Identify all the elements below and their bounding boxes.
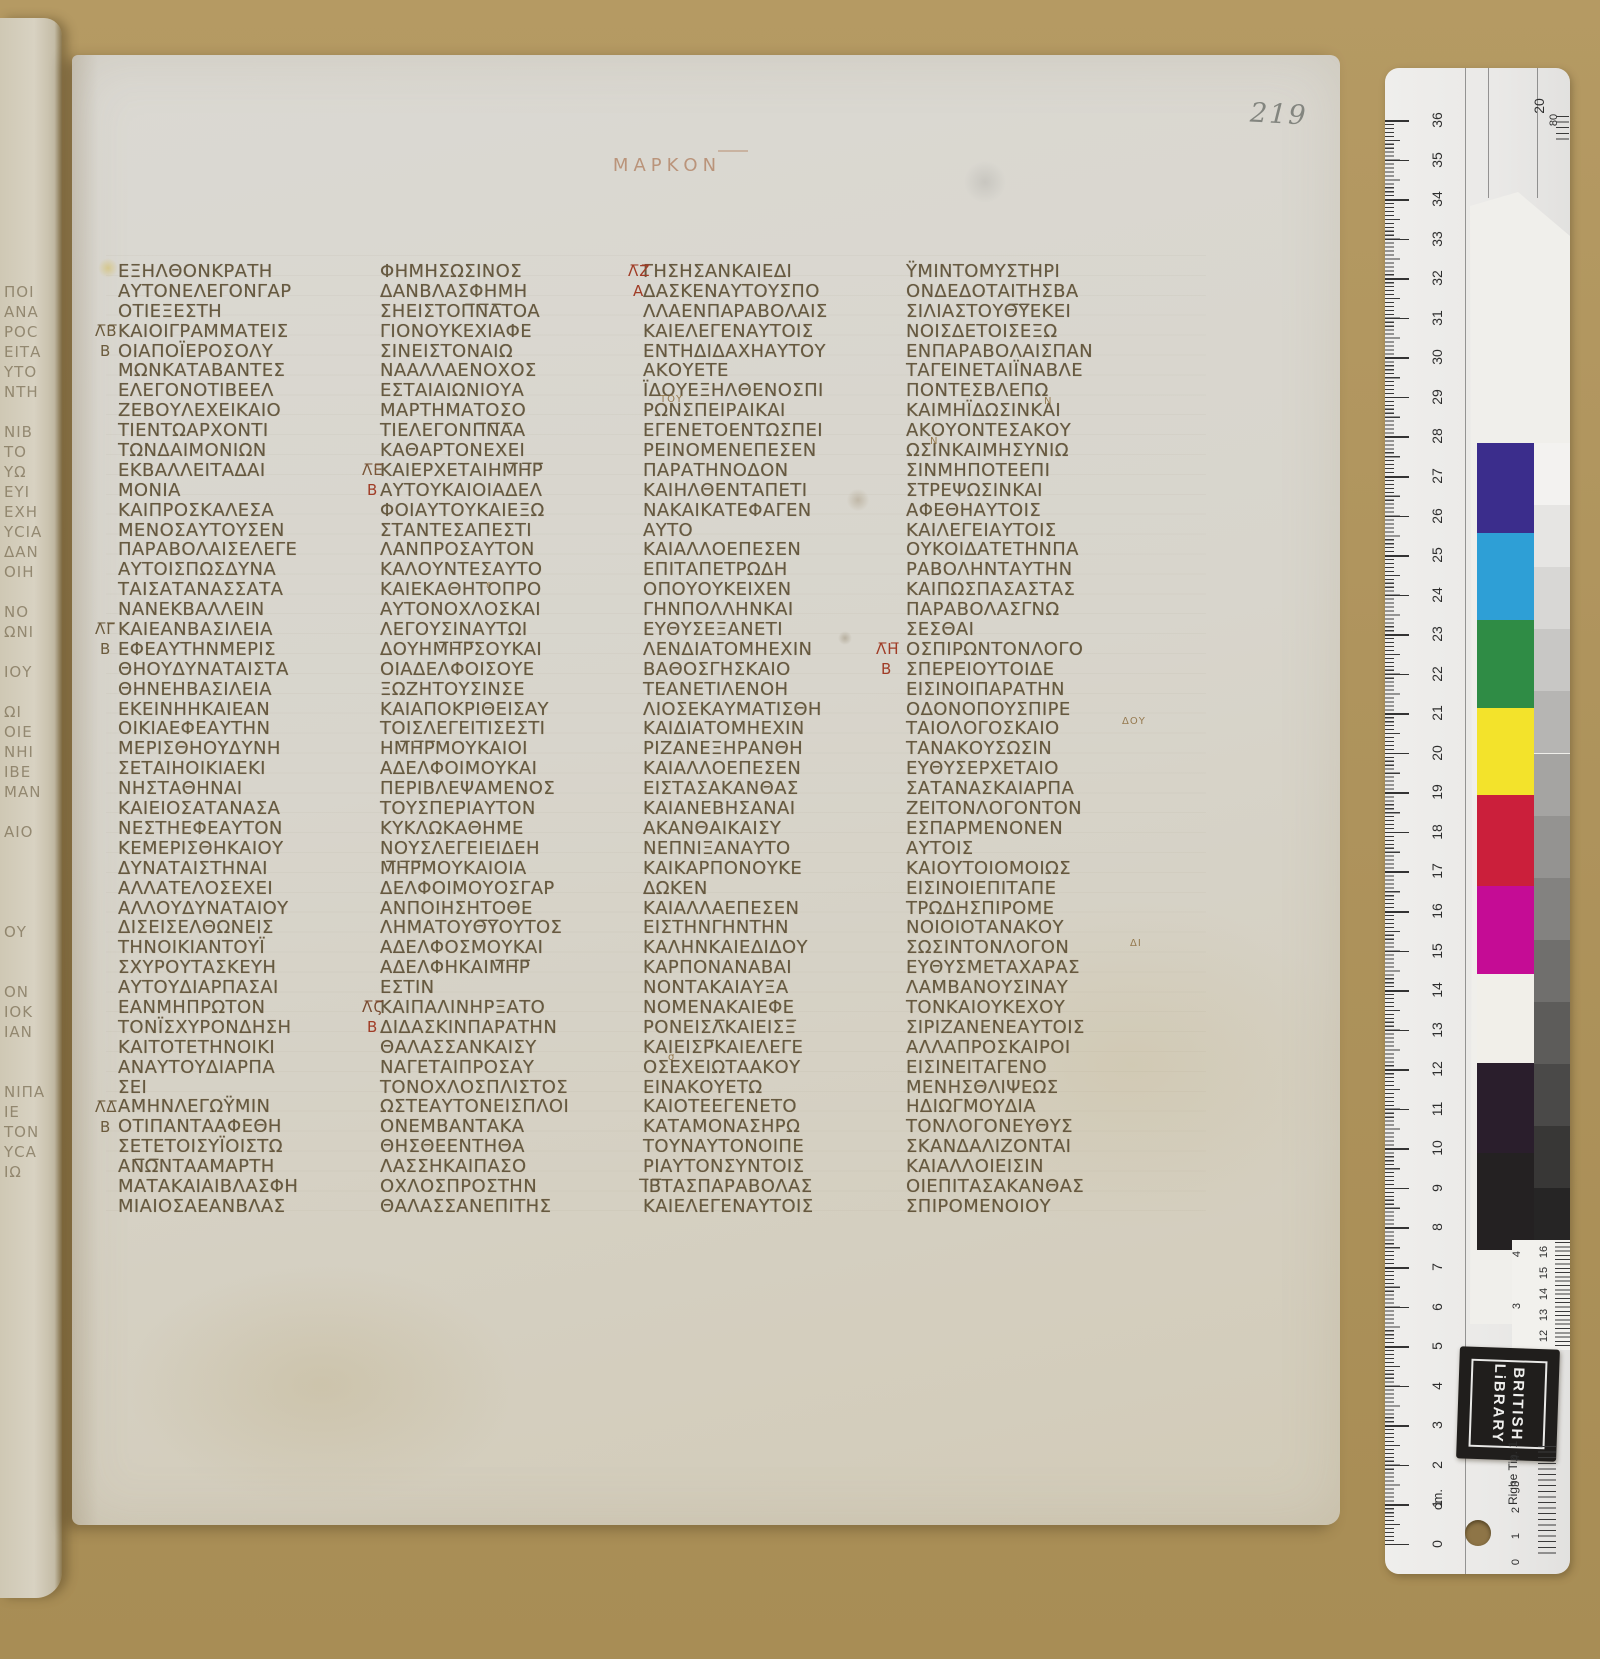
text-line: ΚΑΙΑΛΛΟΕΠΕΣΕΝ bbox=[643, 759, 905, 779]
edge-text-fragment: ΥϹΙΑ bbox=[4, 523, 42, 541]
text-line: ΘΗΝΕΗΒΑΣΙΛΕΙΑ bbox=[118, 680, 380, 700]
cm-number: 4 bbox=[1429, 1374, 1445, 1398]
text-line: ΟΝΕΜΒΑΝΤΑΚΑ bbox=[380, 1117, 642, 1137]
text-line: ΕΙΝΑΚΟΥΕΤΩ bbox=[643, 1078, 905, 1098]
color-patch bbox=[1477, 620, 1534, 708]
cm-number: 33 bbox=[1429, 227, 1445, 251]
cm-tick bbox=[1385, 1504, 1409, 1506]
text-line: ΡΙΑΥΤΟΝΣΥΝΤΟΙΣ bbox=[643, 1157, 905, 1177]
cm-number: 13 bbox=[1429, 1018, 1445, 1042]
text-line: ΚΑΙΑΝΕΒΗΣΑΝΑΙ bbox=[643, 799, 905, 819]
cm-number: 14 bbox=[1429, 978, 1445, 1002]
text-line: ΛΕΝΔΙΑΤΟΜΗΕΧΙΝ bbox=[643, 640, 905, 660]
cm-tick bbox=[1385, 1544, 1409, 1546]
cm-number: 5 bbox=[1429, 1334, 1445, 1358]
text-line: ΚΑΙΜΗΪΔΩΣΙΝΚΑΙ bbox=[906, 401, 1168, 421]
cm-tick bbox=[1385, 1069, 1409, 1071]
text-line: ΣΙΝΜΗΠΟΤΕΕΠΙ bbox=[906, 461, 1168, 481]
text-line: ΣΑΤΑΝΑΣΚΑΙΑΡΠΑ bbox=[906, 779, 1168, 799]
text-line: ΑΝΑΥΤΟΥΔΙΑΡΠΑ bbox=[118, 1058, 380, 1078]
text-line: ΘΑΛΑΣΣΑΝΚΑΙΣΥ bbox=[380, 1038, 642, 1058]
text-line: ΘΑΛΑΣΣΑΝΕΠΙΤΗΣ bbox=[380, 1197, 642, 1217]
edge-text-fragment: ΥϹΑ bbox=[4, 1143, 37, 1161]
text-line: ΠΑΡΑΒΟΛΑΙΣΕΛΕΓΕ bbox=[118, 540, 380, 560]
cm-tick bbox=[1385, 1148, 1409, 1150]
edge-text-fragment: ΟΙΗ bbox=[4, 563, 35, 581]
text-line: ΝΟΙΟΙΟΤΑΝΑΚΟΥ bbox=[906, 918, 1168, 938]
text-line: ΑΛΛΟΥΔΥΝΑΤΑΙΟΥ bbox=[118, 899, 380, 919]
text-line: ΛΛΑΕΝΠΑΡΑΒΟΛΑΙΣ bbox=[643, 302, 905, 322]
text-line: ΝΑΚΑΙΚΑΤΕΦΑΓΕΝ bbox=[643, 501, 905, 521]
top-scale-20: 20 bbox=[1531, 98, 1547, 114]
text-line: ΚΑΙΑΛΛΑΕΠΕΣΕΝ bbox=[643, 899, 905, 919]
text-line: ΑΚΟΥΕΤΕ bbox=[643, 361, 905, 381]
text-line: ΓΗΝΠΟΛΛΗΝΚΑΙ bbox=[643, 600, 905, 620]
text-line: ΑΝ̅Ω̅ΝΤΑΑΜΑΡΤΗ bbox=[118, 1157, 380, 1177]
segment-number: 12 bbox=[1538, 1330, 1550, 1342]
margin-note: Λ̅Ϛ̅Β bbox=[362, 998, 402, 1038]
text-line: ΝΗΣΤΑΘΗΝΑΙ bbox=[118, 779, 380, 799]
text-line: ΤΙΕΝΤΩΑΡΧΟΝΤΙ bbox=[118, 421, 380, 441]
text-line: ΤΗΝΟΙΚΙΑΝΤΟΥΪ bbox=[118, 938, 380, 958]
text-line: ΜΕΡΙΣΘΗΟΥΔΥΝΗ bbox=[118, 739, 380, 759]
edge-text-fragment: ΜΑΝ bbox=[4, 783, 41, 801]
text-line: ΩΣΤΕΑΥΤΟΝΕΙΣΠΛΟΙ bbox=[380, 1097, 642, 1117]
cm-tick bbox=[1385, 397, 1409, 399]
correction-mark: Ν bbox=[1044, 396, 1052, 407]
text-line: ΣΩΣΙΝΤΟΝΛΟΓΟΝ bbox=[906, 938, 1168, 958]
text-line: ΞΩΖΗΤΟΥΣΙΝΣΕ bbox=[380, 680, 642, 700]
text-line: ΣΠΙΡΟΜΕΝΟΙΟΥ bbox=[906, 1197, 1168, 1217]
text-line: ΡΙΖΑΝΕΞΗΡΑΝΘΗ bbox=[643, 739, 905, 759]
text-line: ΣΗΕΙΣΤΟΠ̅Ν̅Α̅ΤΟΑ bbox=[380, 302, 642, 322]
text-line: ΚΑΙΚΑΡΠΟΝΟΥΚΕ bbox=[643, 859, 905, 879]
cm-tick bbox=[1385, 674, 1409, 676]
cm-number: 32 bbox=[1429, 266, 1445, 290]
text-line: ΣΙΛΙΑΣΤΟΥΘ̅Υ̅ΕΚΕΙ bbox=[906, 302, 1168, 322]
text-line: ΕΙΣΙΝΟΙΕΠΙΤΑΠΕ bbox=[906, 879, 1168, 899]
text-line: ΣΙΝΕΙΣΤΟΝΑΙΩ bbox=[380, 342, 642, 362]
text-line: ΚΑΙΟΥΤΟΙΟΜΟΙΩΣ bbox=[906, 859, 1168, 879]
gray-step bbox=[1534, 940, 1570, 1002]
cm-number: 10 bbox=[1429, 1136, 1445, 1160]
text-line: ΟΤΙΕΞΕΣΤΗ bbox=[118, 302, 380, 322]
color-patch bbox=[1477, 974, 1534, 1063]
text-line: ΟΤΙΠΑΝΤΑΑΦΕΘΗ bbox=[118, 1117, 380, 1137]
gray-step bbox=[1534, 1002, 1570, 1064]
text-line: ΛΗΜΑΤΟΥΘ̅Υ̅ΟΥΤΟΣ bbox=[380, 918, 642, 938]
cm-tick bbox=[1385, 1227, 1409, 1229]
gray-step bbox=[1534, 1064, 1570, 1126]
text-line: ΚΑΤΑΜΟΝΑΣΗΡΩ bbox=[643, 1117, 905, 1137]
cm-number: 36 bbox=[1429, 108, 1445, 132]
cm-number: 7 bbox=[1429, 1255, 1445, 1279]
section-number: Λ̅Ε̅ bbox=[362, 461, 402, 481]
text-line: ΚΑΙΕΙΣΡ̅ΚΑΙΕΛΕΓΕ bbox=[643, 1038, 905, 1058]
margin-note: Λ̅Β̅Β bbox=[95, 322, 135, 362]
text-line: ΟΥΚΟΙΔΑΤΕΤΗΝΠΑ bbox=[906, 540, 1168, 560]
margin-note: Λ̅Ε̅Β bbox=[362, 461, 402, 501]
cm-number: 25 bbox=[1429, 543, 1445, 567]
edge-text-fragment: ΟΥ bbox=[4, 923, 27, 941]
cm-tick bbox=[1385, 278, 1409, 280]
cm-number: 11 bbox=[1429, 1097, 1445, 1121]
text-line: ΑΔΕΛΦΟΣΜΟΥΚΑΙ bbox=[380, 938, 642, 958]
text-line: ΛΑΝΠΡΟΣΑΥΤΟΝ bbox=[380, 540, 642, 560]
cm-tick bbox=[1385, 1109, 1409, 1111]
gray-step bbox=[1534, 816, 1570, 878]
text-line: ΔΙΔΑΣΚΙΝΠΑΡΑΤΗΝ bbox=[380, 1018, 642, 1038]
text-line: ΕΥΘΥΣΕΞΑΝΕΤΙ bbox=[643, 620, 905, 640]
color-patch bbox=[1477, 795, 1534, 886]
text-line: ΝΑΓΕΤΑΙΠΡΟΣΑΥ bbox=[380, 1058, 642, 1078]
cm-number: 35 bbox=[1429, 148, 1445, 172]
folio-number: 219 bbox=[1249, 98, 1308, 132]
cm-tick bbox=[1385, 951, 1409, 953]
text-line: ΝΟΙΣΔΕΤΟΙΣΕΞΩ bbox=[906, 322, 1168, 342]
text-line: ΑΥΤΟΥΚΑΙΟΙΑΔΕΛ bbox=[380, 481, 642, 501]
ruler-hole bbox=[1465, 1520, 1491, 1546]
text-line: ΟΙΑΔΕΛΦΟΙΣΟΥΕ bbox=[380, 660, 642, 680]
cm-tick bbox=[1385, 990, 1409, 992]
text-line: ΕΚΒΑΛΛΕΙΤΑΔΑΙ bbox=[118, 461, 380, 481]
segment-side-number: 3 bbox=[1511, 1303, 1523, 1309]
text-line: ΕΞΗΛΘΟΝΚΡΑΤΗ bbox=[118, 262, 380, 282]
text-line: ΑΛΛΑΤΕΛΟΣΕΧΕΙ bbox=[118, 879, 380, 899]
correction-mark: ΔΟΥ bbox=[1122, 716, 1146, 727]
righe-number: 1 bbox=[1510, 1533, 1522, 1539]
cm-number: 8 bbox=[1429, 1215, 1445, 1239]
text-line: ΚΑΡΠΟΝΑΝΑΒΑΙ bbox=[643, 958, 905, 978]
segment-number: 16 bbox=[1538, 1246, 1550, 1258]
text-line: ΝΟΝΤΑΚΑΙΑΥΞΑ bbox=[643, 978, 905, 998]
cm-number: 21 bbox=[1429, 701, 1445, 725]
edge-text-fragment: ΔΑΝ bbox=[4, 543, 39, 561]
text-line: ΚΑΙΕΛΕΓΕΝΑΥΤΟΙΣ bbox=[643, 322, 905, 342]
edge-text-fragment: ΝΟ bbox=[4, 603, 29, 621]
segment-number: 14 bbox=[1538, 1288, 1550, 1300]
text-line: ΣΧΥΡΟΥΤΑΣΚΕΥΗ bbox=[118, 958, 380, 978]
text-line: ΟΣΕΧΕΙΩΤΑΑΚΟΥ bbox=[643, 1058, 905, 1078]
text-line: ΕΓΕΝΕΤΟΕΝΤΩΣΠΕΙ bbox=[643, 421, 905, 441]
edge-text-fragment: ΥΤΟ bbox=[4, 363, 37, 381]
section-number: Λ̅Γ̅ bbox=[95, 620, 135, 640]
text-line: ΚΑΙΕΑΝΒΑΣΙΛΕΙΑ bbox=[118, 620, 380, 640]
canon-number: Β bbox=[95, 640, 135, 660]
text-line: ΚΑΙΔΙΑΤΟΜΗΕΧΙΝ bbox=[643, 719, 905, 739]
text-line: ΚΑΙΛΕΓΕΙΑΥΤΟΙΣ bbox=[906, 521, 1168, 541]
cm-tick bbox=[1385, 555, 1409, 557]
text-line: ΜΑΡΤΗΜΑΤΟΣΟ bbox=[380, 401, 642, 421]
text-line: ΑΥΤΟΙΣΠΩΣΔΥΝΑ bbox=[118, 560, 380, 580]
text-line: ΖΕΒΟΥΛΕΧΕΙΚΑΙΟ bbox=[118, 401, 380, 421]
text-line: ΑΔΕΛΦΗΚΑΙΜ̅Η̅Ρ̅ bbox=[380, 958, 642, 978]
text-line: ΕΝΠΑΡΑΒΟΛΑΙΣΠΑΝ bbox=[906, 342, 1168, 362]
text-line: ΛΕΓΟΥΣΙΝΑΥΤΩΙ bbox=[380, 620, 642, 640]
text-line: ΑΥΤΟΙΣ bbox=[906, 839, 1168, 859]
text-line: ΤΑΙΣΑΤΑΝΑΣΣΑΤΑ bbox=[118, 580, 380, 600]
text-line: ΫΜΙΝΤΟΜΥΣΤΗΡΙ bbox=[906, 262, 1168, 282]
edge-text-fragment: ΤΟ bbox=[4, 443, 27, 461]
cm-tick bbox=[1385, 1307, 1409, 1309]
text-line: ΛΙΟΣΕΚΑΥΜΑΤΙΣΘΗ bbox=[643, 700, 905, 720]
text-line: ΚΑΙΑΛΛΟΕΠΕΣΕΝ bbox=[643, 540, 905, 560]
cm-tick bbox=[1385, 1030, 1409, 1032]
cm-number: 27 bbox=[1429, 464, 1445, 488]
text-line: ΖΕΙΤΟΝΛΟΓΟΝΤΟΝ bbox=[906, 799, 1168, 819]
text-line: ΚΑΙΑΛΛΟΙΕΙΣΙΝ bbox=[906, 1157, 1168, 1177]
text-line: ΕΑΝΜΗΠΡΩΤΟΝ bbox=[118, 998, 380, 1018]
text-line: ΔΑΣΚΕΝΑΥΤΟΥΣΠΟ bbox=[643, 282, 905, 302]
edge-text-fragment: ΤΟΝ bbox=[4, 1123, 39, 1141]
correction-mark: σ bbox=[668, 1052, 675, 1063]
righe-number: 3 bbox=[1510, 1481, 1522, 1487]
color-patch bbox=[1477, 533, 1534, 620]
text-line: ΑΥΤΟΝΟΧΛΟΣΚΑΙ bbox=[380, 600, 642, 620]
text-line: ΤΟΝΟΧΛΟΣΠΛΙΣΤΟΣ bbox=[380, 1078, 642, 1098]
cm-tick bbox=[1385, 753, 1409, 755]
text-line: ΜΕΝΟΣΑΥΤΟΥΣΕΝ bbox=[118, 521, 380, 541]
text-line: ΤΟΝΚΑΙΟΥΚΕΧΟΥ bbox=[906, 998, 1168, 1018]
cm-tick bbox=[1385, 476, 1409, 478]
text-line: ΜΙΑΙΟΣΑΕΑΝΒΛΑΣ bbox=[118, 1197, 380, 1217]
edge-text-fragment: ΑΝΑ bbox=[4, 303, 39, 321]
segment-number: 13 bbox=[1538, 1309, 1550, 1321]
cm-number: 24 bbox=[1429, 583, 1445, 607]
cm-number: 12 bbox=[1429, 1057, 1445, 1081]
edge-text-fragment: ΝΤΗ bbox=[4, 383, 39, 401]
canon-number: Β bbox=[362, 481, 402, 501]
text-line: ΕΙΣΙΝΕΙΤΑΓΕΝΟ bbox=[906, 1058, 1168, 1078]
text-line: ΑΛΛΑΠΡΟΣΚΑΙΡΟΙ bbox=[906, 1038, 1168, 1058]
text-line: ΒΑΘΟΣΓΗΣΚΑΙΟ bbox=[643, 660, 905, 680]
text-line: ΜΩΝΚΑΤΑΒΑΝΤΕΣ bbox=[118, 361, 380, 381]
text-line: ΚΑΙΟΤΕΕΓΕΝΕΤΟ bbox=[643, 1097, 905, 1117]
text-line: ΩΣΙΝΚΑΙΜΗΣΥΝΙΩ bbox=[906, 441, 1168, 461]
manuscript-photograph: ΠΟΙΑΝΑΡΟϹΕΙΤΑΥΤΟΝΤΗΝΙΒΤΟΥΩΕΥΙΕΧΗΥϹΙΑΔΑΝΟ… bbox=[0, 0, 1600, 1659]
text-line: ΓΗΣΗΣΑΝΚΑΙΕΔΙ bbox=[643, 262, 905, 282]
text-line: ΑΜΗΝΛΕΓΩΫΜΙΝ bbox=[118, 1097, 380, 1117]
text-line: ΚΑΙΠΡΟΣΚΑΛΕΣΑ bbox=[118, 501, 380, 521]
cm-tick bbox=[1385, 1425, 1409, 1427]
text-line: ΚΑΙΠΩΣΠΑΣΑΣΤΑΣ bbox=[906, 580, 1168, 600]
edge-text-fragment: ΙΩ bbox=[4, 1163, 22, 1181]
cm-number: 9 bbox=[1429, 1176, 1445, 1200]
text-line: ΤΙΕΛΕΓΟΝΠ̅Ν̅Α̅Α bbox=[380, 421, 642, 441]
cm-tick bbox=[1385, 595, 1409, 597]
cm-number: 2 bbox=[1429, 1453, 1445, 1477]
text-line: ΠΕΡΙΒΛΕΨΑΜΕΝΟΣ bbox=[380, 779, 642, 799]
edge-text-fragment: ΟΙΕ bbox=[4, 723, 33, 741]
text-line: ΚΑΙΕΚΑΘΗΤΟΠΡΟ bbox=[380, 580, 642, 600]
righe-ticks bbox=[1538, 1446, 1556, 1558]
gray-step bbox=[1534, 443, 1570, 505]
righe-label: Righe Tip. 1 bbox=[1506, 1441, 1520, 1505]
text-line: ΣΕΙ bbox=[118, 1078, 380, 1098]
text-line: ΜΑΤΑΚΑΙΑΙΒΛΑΣΦΗ bbox=[118, 1177, 380, 1197]
cm-number: 15 bbox=[1429, 939, 1445, 963]
cm-tick bbox=[1385, 1465, 1409, 1467]
text-line: ΚΑΙΗΛΘΕΝΤΑΠΕΤΙ bbox=[643, 481, 905, 501]
text-line: ΣΤΑΝΤΕΣΑΠΕΣΤΙ bbox=[380, 521, 642, 541]
canon-number: Α bbox=[628, 282, 668, 302]
text-line: ΤΟΙΣΛΕΓΕΙΤΙΣΕΣΤΙ bbox=[380, 719, 642, 739]
text-line: ΕΣΠΑΡΜΕΝΟΝΕΝ bbox=[906, 819, 1168, 839]
edge-text-fragment: ΙΒΕ bbox=[4, 763, 31, 781]
section-number: Λ̅Β̅ bbox=[95, 322, 135, 342]
text-line: ΕΙΣΤΗΝΓΗΝΤΗΝ bbox=[643, 918, 905, 938]
edge-text-fragment: ΝΗΙ bbox=[4, 743, 34, 761]
cm-number: 26 bbox=[1429, 504, 1445, 528]
text-line: ΑΥΤΟΝΕΛΕΓΟΝΓΑΡ bbox=[118, 282, 380, 302]
color-patch bbox=[1477, 443, 1534, 533]
righe-number: 0 bbox=[1510, 1559, 1522, 1565]
text-line: ΓΙΟΝΟΥΚΕΧΙΑΦΕ bbox=[380, 322, 642, 342]
text-column-4: ΫΜΙΝΤΟΜΥΣΤΗΡΙΟΝΔΕΔΟΤΑΙΤΗΣΒΑΣΙΛΙΑΣΤΟΥΘ̅Υ̅… bbox=[906, 262, 1168, 1217]
gray-step bbox=[1534, 1126, 1570, 1188]
gray-step bbox=[1534, 878, 1570, 940]
text-line: ΚΥΚΛΩΚΑΘΗΜΕ bbox=[380, 819, 642, 839]
text-line: ΤΟΝΛΟΓΟΝΕΥΘΥΣ bbox=[906, 1117, 1168, 1137]
text-line: ΔΙΣΕΙΣΕΛΘΩΝΕΙΣ bbox=[118, 918, 380, 938]
secondary-scale-segment: 161514131243 bbox=[1512, 1240, 1570, 1350]
text-line: ΚΑΘΑΡΤΟΝΕΧΕΙ bbox=[380, 441, 642, 461]
running-title: ΜΑΡΚΟΝ bbox=[572, 155, 762, 176]
text-line: ΗΔΙΩΓΜΟΥΔΙΑ bbox=[906, 1097, 1168, 1117]
section-number: Λ̅Η̅ bbox=[876, 640, 916, 660]
text-line: ΚΑΛΟΥΝΤΕΣΑΥΤΟ bbox=[380, 560, 642, 580]
text-line: ΝΕΣΤΗΕΦΕΑΥΤΟΝ bbox=[118, 819, 380, 839]
text-line: ΕΦΕΑΥΤΗΝΜΕΡΙΣ bbox=[118, 640, 380, 660]
text-line: ΚΕΜΕΡΙΣΘΗΚΑΙΟΥ bbox=[118, 839, 380, 859]
cm-number: 34 bbox=[1429, 187, 1445, 211]
cm-tick bbox=[1385, 436, 1409, 438]
edge-text-fragment: ΩΙ bbox=[4, 703, 22, 721]
cm-tick bbox=[1385, 792, 1409, 794]
cm-number: 18 bbox=[1429, 820, 1445, 844]
text-line: ΘΗΟΥΔΥΝΑΤΑΙΣΤΑ bbox=[118, 660, 380, 680]
text-line: ΡΟΝΕΙΣΛ̅ΚΑΙΕΙΣΞ̅ bbox=[643, 1018, 905, 1038]
opposite-leaf-edge: ΠΟΙΑΝΑΡΟϹΕΙΤΑΥΤΟΝΤΗΝΙΒΤΟΥΩΕΥΙΕΧΗΥϹΙΑΔΑΝΟ… bbox=[0, 18, 62, 1598]
text-line: ΤΟΥΝΑΥΤΟΝΟΙΠΕ bbox=[643, 1137, 905, 1157]
text-line: ΕΥΘΥΣΕΡΧΕΤΑΙΟ bbox=[906, 759, 1168, 779]
text-line: ΚΑΙΟΙΓΡΑΜΜΑΤΕΙΣ bbox=[118, 322, 380, 342]
section-number: Λ̅Ϛ̅ bbox=[362, 998, 402, 1018]
correction-mark: Ν bbox=[930, 436, 938, 447]
text-line: ΠΑΡΑΤΗΝΟΔΟΝ bbox=[643, 461, 905, 481]
text-line: ΣΕΣΘΑΙ bbox=[906, 620, 1168, 640]
ruler-top-divider-b bbox=[1537, 68, 1538, 198]
text-line: ΣΙΡΙΖΑΝΕΝΕΑΥΤΟΙΣ bbox=[906, 1018, 1168, 1038]
cm-number: 28 bbox=[1429, 424, 1445, 448]
color-patch bbox=[1477, 886, 1534, 974]
text-line: ΟΝΔΕΔΟΤΑΙΤΗΣΒΑ bbox=[906, 282, 1168, 302]
color-patch bbox=[1477, 1063, 1534, 1153]
edge-text-fragment: ΝΙΒ bbox=[4, 423, 33, 441]
text-line: ΤΕΑΝΕΤΙΛΕΝΟΗ bbox=[643, 680, 905, 700]
text-line: ΟΙΚΙΑΕΦΕΑΥΤΗΝ bbox=[118, 719, 380, 739]
segment-side-number: 4 bbox=[1511, 1251, 1523, 1257]
edge-text-fragment: ΕΥΙ bbox=[4, 483, 30, 501]
text-line: ΛΑΜΒΑΝΟΥΣΙΝΑΥ bbox=[906, 978, 1168, 998]
cm-tick bbox=[1385, 239, 1409, 241]
text-line: ΟΣΠΙΡΩΝΤΟΝΛΟΓΟ bbox=[906, 640, 1168, 660]
margin-note: Λ̅Δ̅Β bbox=[95, 1098, 135, 1138]
text-line: ΑΔΕΛΦΟΙΜΟΥΚΑΙ bbox=[380, 759, 642, 779]
text-line: ΔΟΥΗΜ̅Η̅Ρ̅ΣΟΥΚΑΙ bbox=[380, 640, 642, 660]
canon-number: Β bbox=[362, 1018, 402, 1038]
text-line: Ι̅Β̅ΤΑΣΠΑΡΑΒΟΛΑΣ bbox=[643, 1177, 905, 1197]
gray-step bbox=[1534, 505, 1570, 567]
cm-tick bbox=[1385, 911, 1409, 913]
cm-tick bbox=[1385, 1267, 1409, 1269]
righe-number: 2 bbox=[1510, 1507, 1522, 1513]
edge-text-fragment: ΕΙΤΑ bbox=[4, 343, 41, 361]
correction-mark: ΔΙ bbox=[1130, 938, 1142, 949]
text-line: ΑΚΑΝΘΑΙΚΑΙΣΥ bbox=[643, 819, 905, 839]
text-line: ΑΚΟΥΟΝΤΕΣΑΚΟΥ bbox=[906, 421, 1168, 441]
text-line: ΝΑΑΛΛΑΕΝΟΧΟΣ bbox=[380, 361, 642, 381]
cm-number: 16 bbox=[1429, 899, 1445, 923]
text-line: ΛΑΣΣΗΚΑΙΠΑΣΟ bbox=[380, 1157, 642, 1177]
text-column-1: ΕΞΗΛΘΟΝΚΡΑΤΗΑΥΤΟΝΕΛΕΓΟΝΓΑΡΟΤΙΕΞΕΣΤΗΚΑΙΟΙ… bbox=[118, 262, 380, 1217]
gray-step bbox=[1534, 567, 1570, 629]
segment-number: 15 bbox=[1538, 1267, 1550, 1279]
text-line: ΣΕΤΕΤΟΙΣΥΪΟΙΣΤΩ bbox=[118, 1137, 380, 1157]
edge-text-fragment: ΙΕ bbox=[4, 1103, 20, 1121]
cm-number: 20 bbox=[1429, 741, 1445, 765]
cm-number: 17 bbox=[1429, 859, 1445, 883]
text-line: ΝΟΜΕΝΑΚΑΙΕΦΕ bbox=[643, 998, 905, 1018]
cm-unit-label: cm. bbox=[1430, 1489, 1445, 1510]
edge-text-fragment: ΝΙΠΑ bbox=[4, 1083, 45, 1101]
text-line: ΚΑΙΑΠΟΚΡΙΘΕΙΣΑΥ bbox=[380, 700, 642, 720]
canon-number: Β bbox=[95, 1118, 135, 1138]
text-column-3: ΓΗΣΗΣΑΝΚΑΙΕΔΙΔΑΣΚΕΝΑΥΤΟΥΣΠΟΛΛΑΕΝΠΑΡΑΒΟΛΑ… bbox=[643, 262, 905, 1217]
text-line: ΗΜ̅Η̅Ρ̅ΜΟΥΚΑΙΟΙ bbox=[380, 739, 642, 759]
text-line: ΠΟΝΤΕΣΒΛΕΠΩ bbox=[906, 381, 1168, 401]
text-line: ΚΑΛΗΝΚΑΙΕΔΙΔΟΥ bbox=[643, 938, 905, 958]
cm-tick bbox=[1385, 357, 1409, 359]
cm-tick bbox=[1385, 713, 1409, 715]
text-line: ΡΑΒΟΛΗΝΤΑΥΤΗΝ bbox=[906, 560, 1168, 580]
gray-step bbox=[1534, 754, 1570, 816]
text-line: ΚΑΙΕΡΧΕΤΑΙΗΜ̅Η̅Ρ̅ bbox=[380, 461, 642, 481]
edge-text-fragment: ΥΩ bbox=[4, 463, 27, 481]
text-line: ΕΙΣΤΑΣΑΚΑΝΘΑΣ bbox=[643, 779, 905, 799]
text-line: ΕΙΣΙΝΟΙΠΑΡΑΤΗΝ bbox=[906, 680, 1168, 700]
text-line: ΝΑΝΕΚΒΑΛΛΕΙΝ bbox=[118, 600, 380, 620]
edge-text-fragment: ΠΟΙ bbox=[4, 283, 35, 301]
text-line: ΘΗΣΘΕΕΝΤΗΘΑ bbox=[380, 1137, 642, 1157]
text-line: ΕΛΕΓΟΝΟΤΙΒΕΕΛ bbox=[118, 381, 380, 401]
cm-tick bbox=[1385, 1346, 1409, 1348]
text-line: ΜΟΝΙΑ bbox=[118, 481, 380, 501]
text-line: ΟΠΟΥΟΥΚΕΙΧΕΝ bbox=[643, 580, 905, 600]
text-line: ΜΕΝΗΣΘΛΙΨΕΩΣ bbox=[906, 1078, 1168, 1098]
cm-tick bbox=[1385, 318, 1409, 320]
text-line: ΤΩΝΔΑΙΜΟΝΙΩΝ bbox=[118, 441, 380, 461]
edge-text-fragment: ΙΟΚ bbox=[4, 1003, 33, 1021]
text-line: ΕΣΤΑΙΑΙΩΝΙΟΥΑ bbox=[380, 381, 642, 401]
cm-tick bbox=[1385, 199, 1409, 201]
secondary-scale-ticks bbox=[1555, 1242, 1570, 1346]
text-line: ΡΕΙΝΟΜΕΝΕΠΕΣΕΝ bbox=[643, 441, 905, 461]
cm-number: 31 bbox=[1429, 306, 1445, 330]
text-line: ΣΠΕΡΕΙΟΥΤΟΙΔΕ bbox=[906, 660, 1168, 680]
text-line: ΤΟΝΪΣΧΥΡΟΝΔΗΣΗ bbox=[118, 1018, 380, 1038]
edge-text-fragment: ΑΙΟ bbox=[4, 823, 34, 841]
